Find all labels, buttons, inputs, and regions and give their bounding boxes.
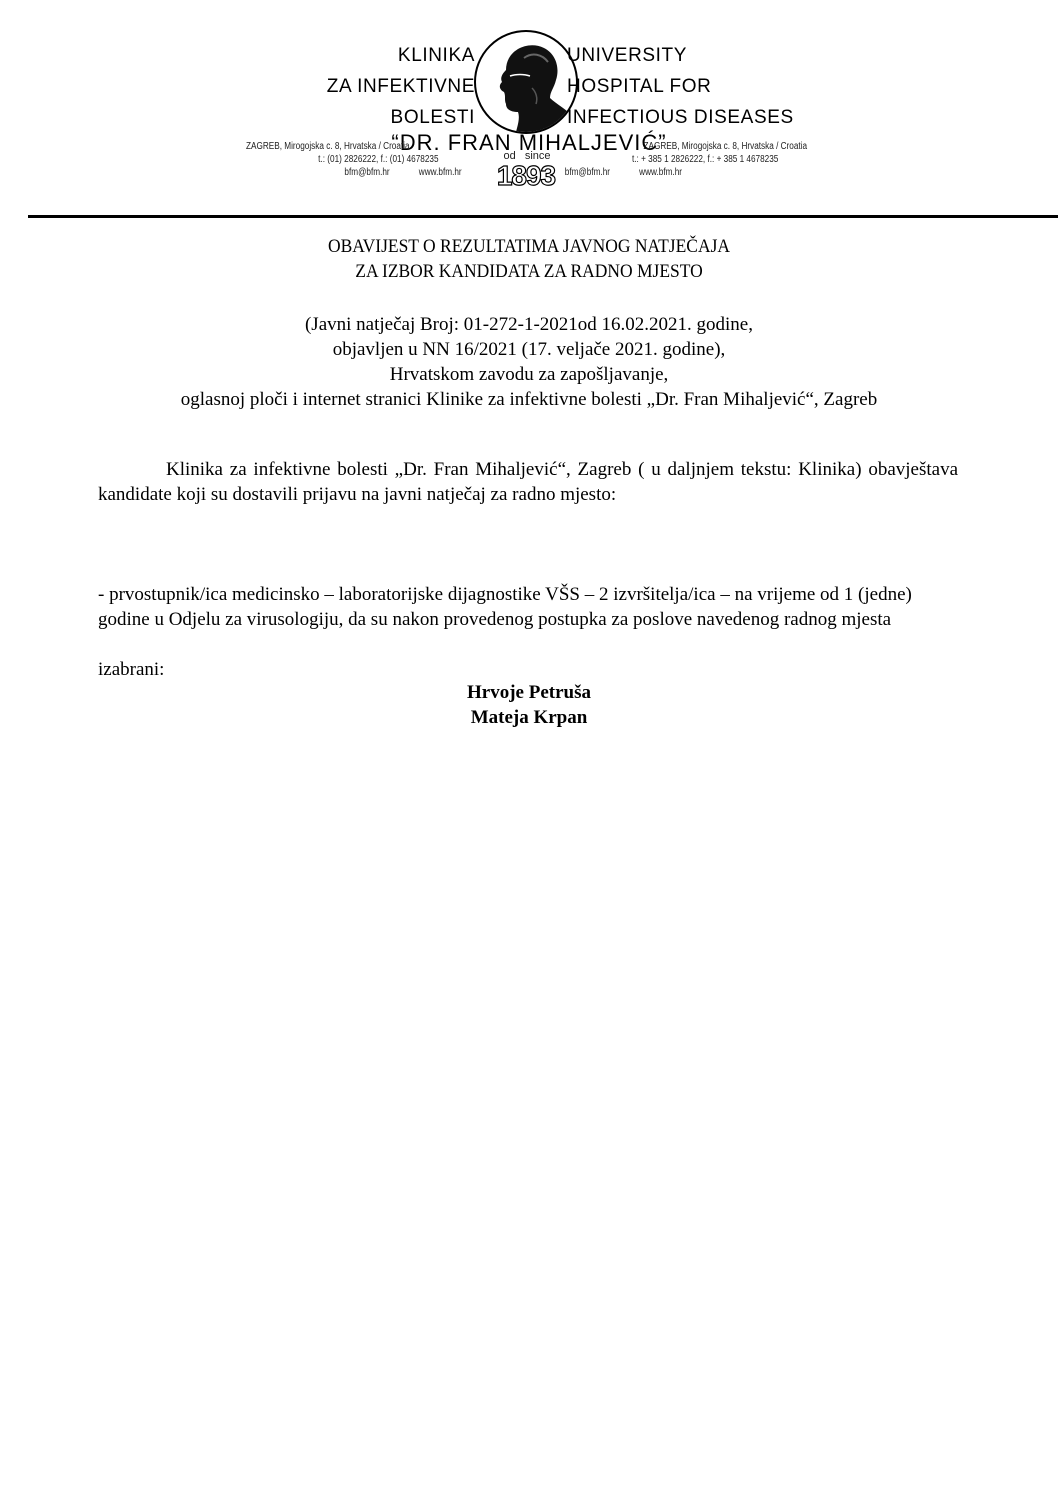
contact-right: ZAGREB, Mirogojska c. 8, Hrvatska / Croa… bbox=[632, 140, 807, 179]
letterhead-left-line: ZA INFEKTIVNE bbox=[327, 71, 475, 102]
letterhead-right-line: INFECTIOUS DISEASES bbox=[567, 102, 794, 133]
letterhead-left-line: KLINIKA bbox=[327, 40, 475, 71]
contact-right-phone: t.: + 385 1 2826222, f.: + 385 1 4678235 bbox=[632, 153, 807, 166]
document-title-line-1: OBAVIJEST O REZULTATIMA JAVNOG NATJEČAJA bbox=[42, 234, 1015, 259]
letterhead-left-line: BOLESTI bbox=[327, 102, 475, 133]
portrait-silhouette-icon bbox=[476, 32, 576, 132]
selected-candidate: Mateja Krpan bbox=[0, 705, 1058, 730]
contact-right-web[interactable]: www.bfm.hr bbox=[639, 167, 682, 178]
reference-line-4: oglasnoj ploči i internet stranici Klini… bbox=[0, 387, 1058, 412]
letterhead-right-line: HOSPITAL FOR bbox=[567, 71, 794, 102]
header-divider bbox=[28, 215, 1058, 218]
selected-candidate: Hrvoje Petruša bbox=[0, 680, 1058, 705]
letterhead-right-line: UNIVERSITY bbox=[567, 40, 794, 71]
contact-right-address: ZAGREB, Mirogojska c. 8, Hrvatska / Croa… bbox=[632, 140, 807, 153]
since-year: 1893 bbox=[489, 160, 563, 192]
contact-left-email[interactable]: bfm@bfm.hr bbox=[344, 167, 389, 178]
contact-left-web[interactable]: www.bfm.hr bbox=[419, 167, 462, 178]
reference-line-1: (Javni natječaj Broj: 01-272-1-2021od 16… bbox=[0, 312, 1058, 337]
position-paragraph: - prvostupnik/ica medicinsko – laborator… bbox=[98, 582, 958, 632]
reference-line-2: objavljen u NN 16/2021 (17. veljače 2021… bbox=[0, 337, 1058, 362]
contact-left-address: ZAGREB, Mirogojska c. 8, Hrvatska / Croa… bbox=[246, 140, 462, 153]
contact-left: ZAGREB, Mirogojska c. 8, Hrvatska / Croa… bbox=[246, 140, 462, 179]
letterhead-right-block: UNIVERSITY HOSPITAL FOR INFECTIOUS DISEA… bbox=[567, 40, 794, 133]
selected-label: izabrani: bbox=[98, 657, 958, 682]
reference-line-3: Hrvatskom zavodu za zapošljavanje, bbox=[0, 362, 1058, 387]
portrait-medallion-icon bbox=[474, 30, 578, 134]
contact-left-phone: t.: (01) 2826222, f.: (01) 4678235 bbox=[246, 153, 462, 166]
letterhead-left-block: KLINIKA ZA INFEKTIVNE BOLESTI bbox=[327, 40, 475, 133]
document-title-line-2: ZA IZBOR KANDIDATA ZA RADNO MJESTO bbox=[42, 259, 1015, 284]
intro-paragraph: Klinika za infektivne bolesti „Dr. Fran … bbox=[98, 457, 958, 507]
contact-right-email[interactable]: bfm@bfm.hr bbox=[565, 167, 610, 178]
